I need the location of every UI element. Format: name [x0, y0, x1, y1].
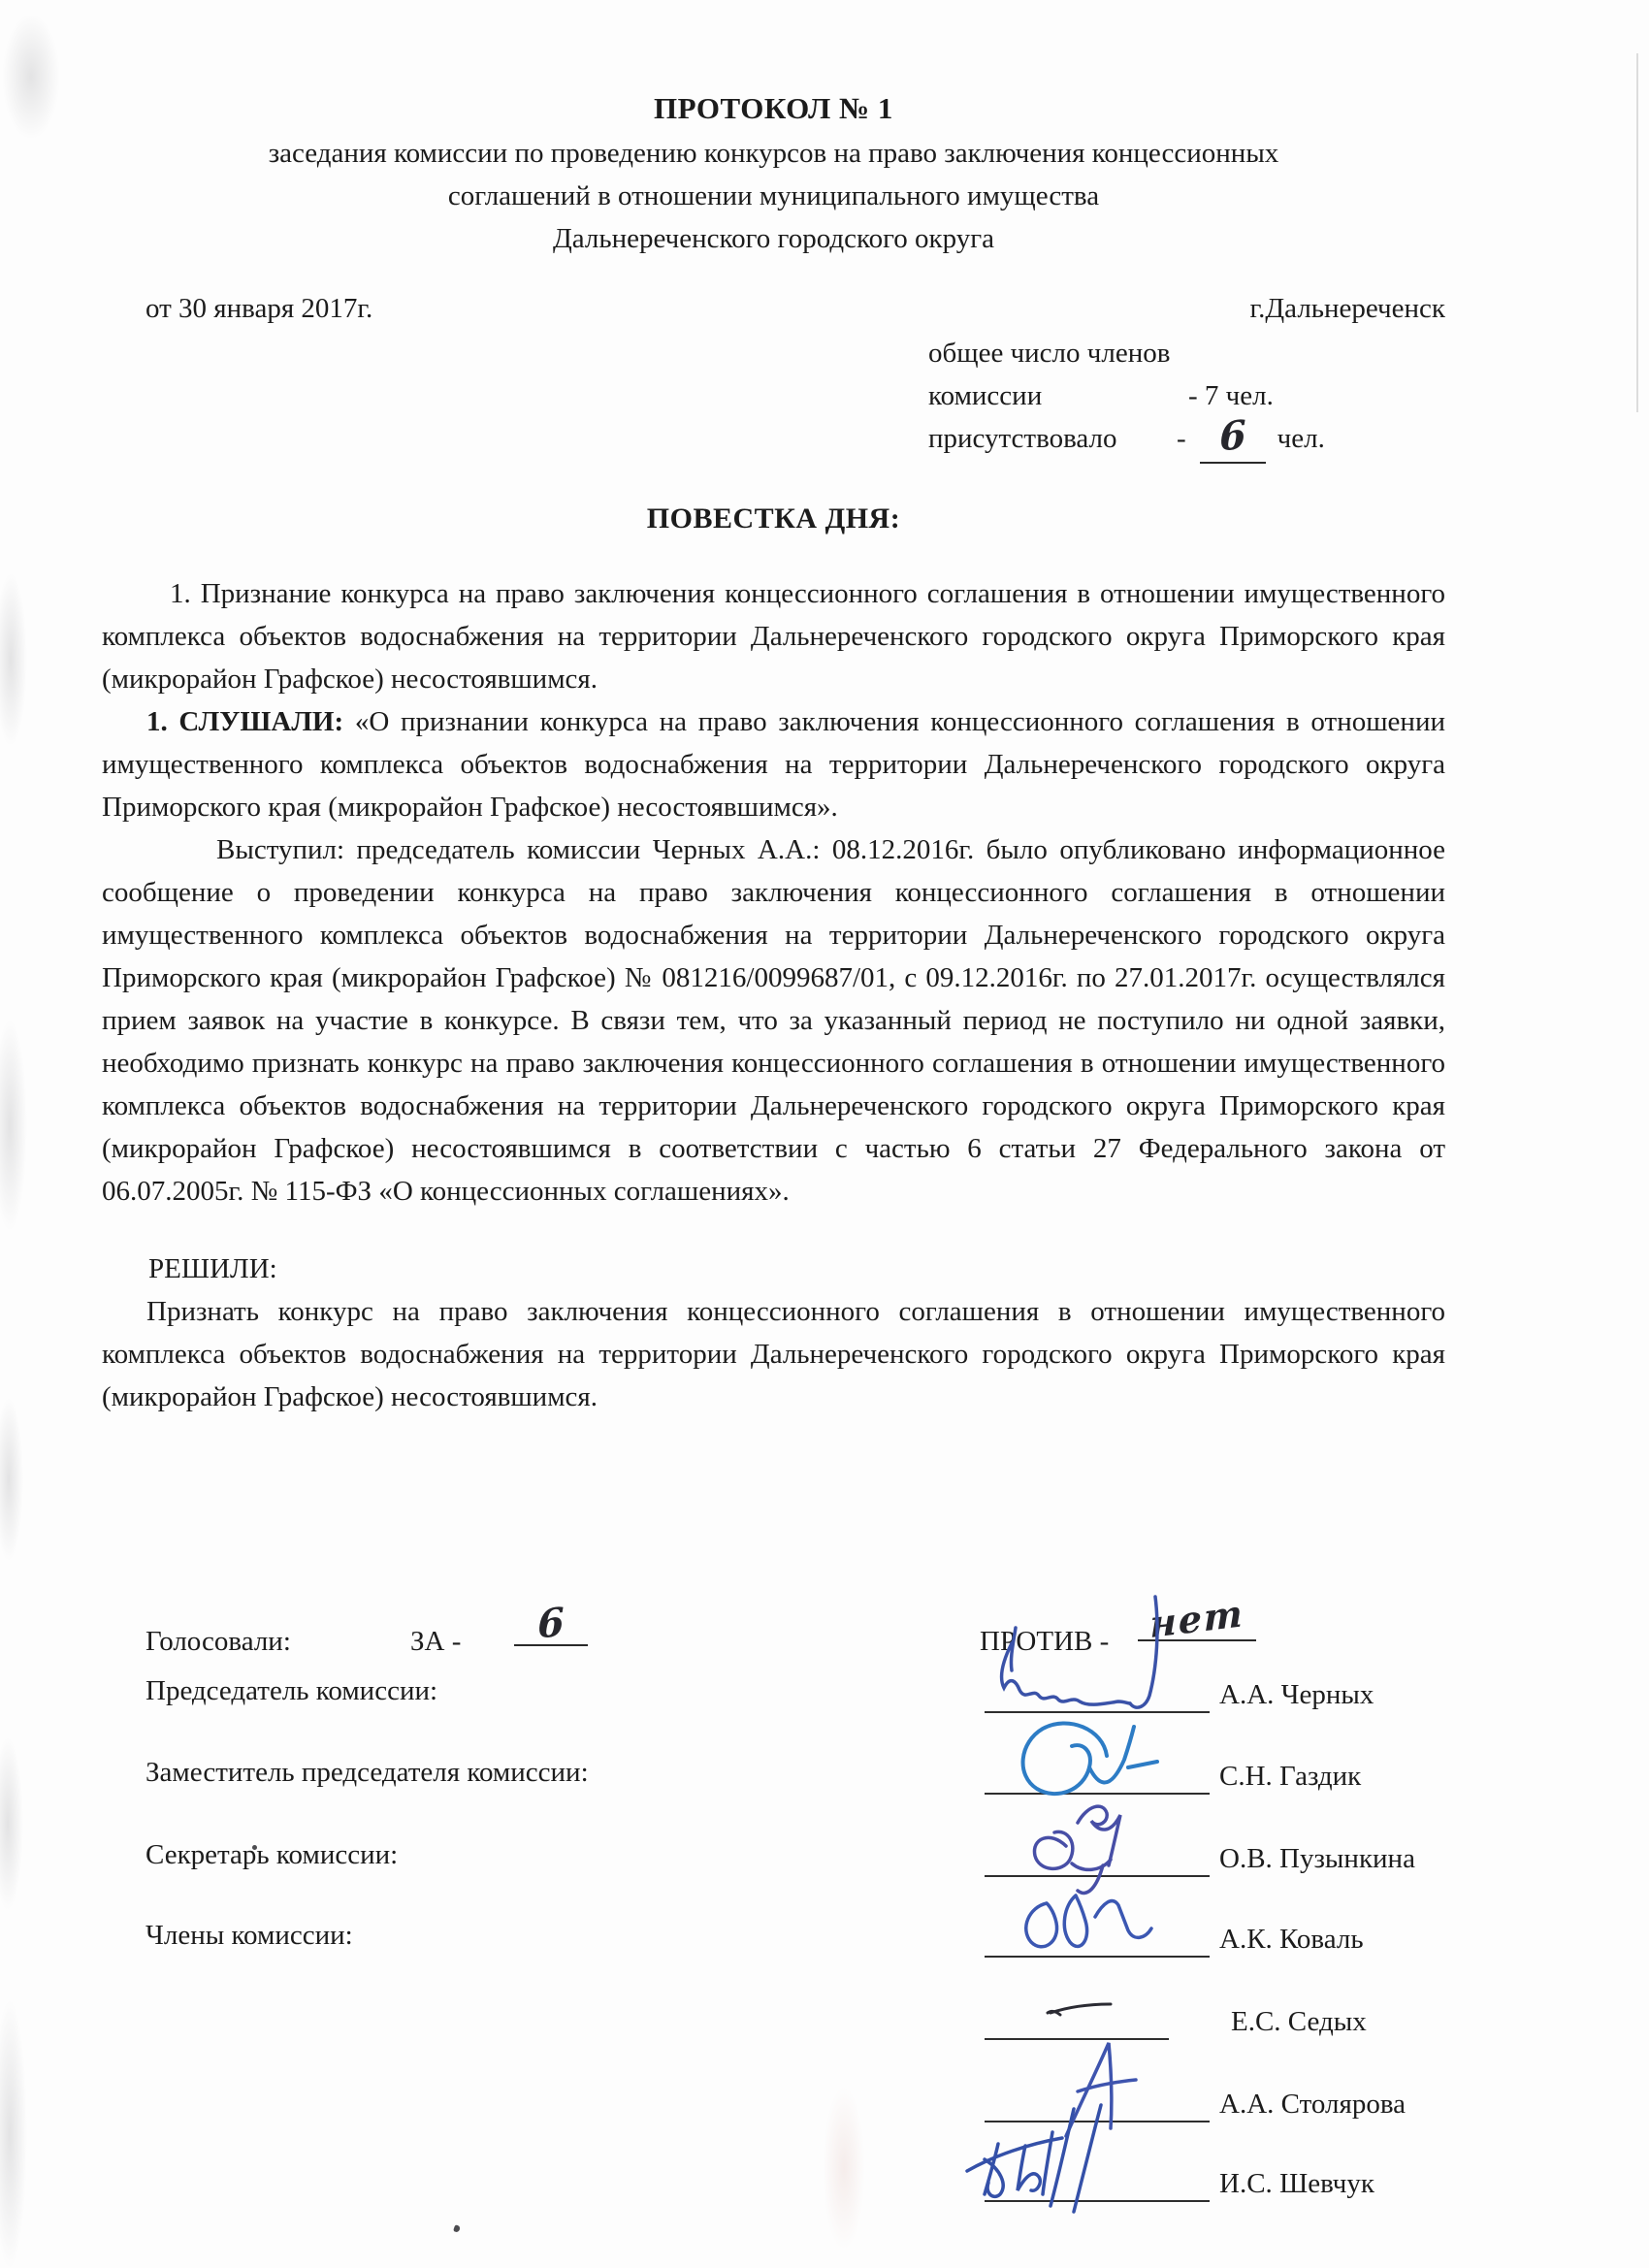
- signature-line: [985, 1956, 1210, 1958]
- document-date: от 30 января 2017г.: [102, 287, 372, 330]
- members-present-underline: 6: [1200, 417, 1266, 464]
- agenda-item-paragraph: 1. Признание конкурса на право заключени…: [102, 572, 1445, 700]
- signature-role: Заместитель председателя комиссии:: [145, 1757, 589, 1789]
- signature-name: А.А. Черных: [1219, 1679, 1374, 1711]
- signature-line: [985, 2200, 1210, 2202]
- signature-name: А.К. Коваль: [1219, 1924, 1364, 1956]
- members-total-value: - 7 чел.: [1188, 374, 1274, 417]
- signature-line: [985, 2121, 1210, 2122]
- scan-smudge-left-1: [0, 572, 27, 747]
- members-total-caption: общее число членов: [928, 332, 1170, 374]
- voting-protiv-underline: нет: [1138, 1601, 1256, 1641]
- members-line-3: присутствовало - 6 чел.: [928, 417, 1445, 464]
- signature-scribble-gazdik: [994, 1705, 1208, 1812]
- ink-speck-2: [453, 2224, 461, 2233]
- page-title: ПРОТОКОЛ № 1: [102, 91, 1445, 126]
- signature-line: [985, 1793, 1210, 1795]
- document-city: г.Дальнереченск: [1250, 287, 1445, 330]
- signature-scribble-stolyarova: [1023, 2031, 1179, 2148]
- signature-row-gazdik: Заместитель председателя комиссии: С.Н. …: [102, 1731, 1445, 1798]
- signature-dash-sedykh: [1033, 1992, 1149, 2030]
- reshili-heading: РЕШИЛИ:: [102, 1247, 1445, 1290]
- slushali-lead: 1. СЛУШАЛИ:: [146, 706, 343, 737]
- voting-za-underline: 6: [514, 1604, 588, 1646]
- members-count-block: общее число членов комиссии - 7 чел. при…: [928, 332, 1445, 464]
- signature-line: [985, 1711, 1210, 1713]
- signature-name: И.С. Шевчук: [1219, 2168, 1374, 2200]
- signature-line: [985, 2038, 1169, 2040]
- members-line-2: комиссии - 7 чел.: [928, 374, 1445, 417]
- signature-row-sedykh: Е.С. Седых: [102, 1976, 1445, 2044]
- members-present-dash: -: [1177, 417, 1186, 464]
- document-subtitle: заседания комиссии по проведению конкурс…: [102, 132, 1445, 260]
- subtitle-line-1: заседания комиссии по проведению конкурс…: [102, 132, 1445, 175]
- signature-row-stolyarova: А.А. Столярова: [102, 2058, 1445, 2126]
- signature-row-koval: Члены комиссии: А.К. Коваль: [102, 1894, 1445, 1961]
- members-commission-label: комиссии: [928, 374, 1188, 417]
- scan-smudge-left-2: [0, 1019, 27, 1232]
- scanned-protocol-page: ПРОТОКОЛ № 1 заседания комиссии по прове…: [0, 0, 1649, 2268]
- document-content: ПРОТОКОЛ № 1 заседания комиссии по прове…: [102, 0, 1445, 1418]
- reshili-paragraph: Признать конкурс на право заключения кон…: [102, 1290, 1445, 1418]
- signature-name: С.Н. Газдик: [1219, 1761, 1361, 1793]
- signature-line: [985, 1875, 1210, 1877]
- signature-role: Члены комиссии:: [145, 1920, 353, 1952]
- slushali-paragraph: 1. СЛУШАЛИ: «О признании конкурса на пра…: [102, 700, 1445, 828]
- agenda-heading: ПОВЕСТКА ДНЯ:: [102, 502, 1445, 535]
- signature-row-shevchuk: И.С. Шевчук: [102, 2138, 1445, 2206]
- speech-paragraph: Выступил: председатель комиссии Черных А…: [102, 828, 1445, 1213]
- handwritten-present-count: 6: [1219, 415, 1246, 458]
- scan-smudge-left-5: [0, 1998, 27, 2268]
- date-city-row: от 30 января 2017г. г.Дальнереченск: [102, 287, 1445, 330]
- subtitle-line-3: Дальнереченского городского округа: [102, 217, 1445, 260]
- scan-smudge-top-left: [2, 14, 60, 140]
- members-present-label: присутствовало: [928, 417, 1177, 464]
- scan-smudge-left-3: [0, 1397, 23, 1562]
- scan-line-right-edge: [1636, 53, 1638, 412]
- scan-smudge-left-4: [0, 1736, 23, 1911]
- signature-name: А.А. Столярова: [1219, 2089, 1406, 2121]
- signature-name: О.В. Пузынкина: [1219, 1843, 1415, 1875]
- members-present-suffix: чел.: [1277, 417, 1325, 464]
- handwritten-za-value: 6: [537, 1603, 565, 1645]
- members-line-1: общее число членов: [928, 332, 1445, 374]
- signature-row-chernykh: Председатель комиссии: А.А. Черных: [102, 1649, 1445, 1717]
- subtitle-line-2: соглашений в отношении муниципального им…: [102, 175, 1445, 217]
- signature-row-puzynkina: Секретарь комиссии: О.В. Пузынкина: [102, 1813, 1445, 1881]
- signature-role: Секретарь комиссии:: [145, 1839, 398, 1871]
- handwritten-protiv-value: нет: [1149, 1595, 1245, 1643]
- signature-role: Председатель комиссии:: [145, 1675, 437, 1707]
- signature-name: Е.С. Седых: [1231, 2006, 1367, 2038]
